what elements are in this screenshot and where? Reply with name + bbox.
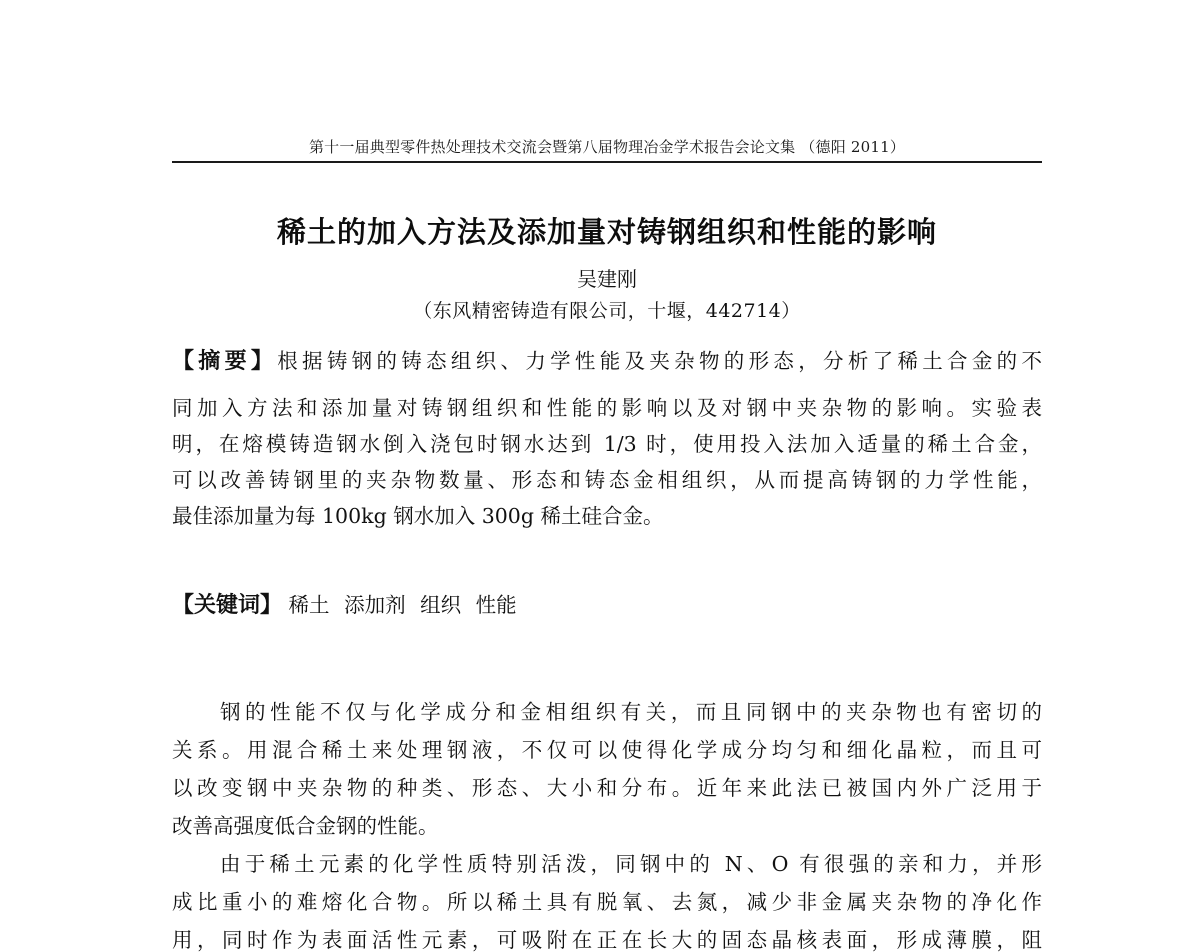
abstract-line: 【摘要】根据铸钢的铸态组织、力学性能及夹杂物的形态，分析了稀土合金的不 bbox=[172, 343, 1042, 380]
body-text: 钢的性能不仅与化学成分和金相组织有关，而且同钢中的夹杂物也有密切的 关系。用混合… bbox=[172, 693, 1042, 952]
header-rule bbox=[172, 161, 1042, 163]
abstract-line: 可以改善铸钢里的夹杂物数量、形态和铸态金相组织，从而提高铸钢的力学性能， bbox=[172, 462, 1042, 498]
paragraph-line: 由于稀土元素的化学性质特别活泼，同钢中的 N、O 有很强的亲和力，并形 bbox=[172, 845, 1042, 883]
keywords-section: 【关键词】 稀土 添加剂 组织 性能 bbox=[172, 588, 525, 619]
paragraph-line: 以改变钢中夹杂物的种类、形态、大小和分布。近年来此法已被国内外广泛用于 bbox=[172, 769, 1042, 807]
paragraph: 由于稀土元素的化学性质特别活泼，同钢中的 N、O 有很强的亲和力，并形 成比重小… bbox=[172, 845, 1042, 952]
abstract-line: 同加入方法和添加量对铸钢组织和性能的影响以及对钢中夹杂物的影响。实验表 bbox=[172, 390, 1042, 426]
paragraph: 钢的性能不仅与化学成分和金相组织有关，而且同钢中的夹杂物也有密切的 关系。用混合… bbox=[172, 693, 1042, 845]
abstract-line: 最佳添加量为每 100kg 钢水加入 300g 稀土硅合金。 bbox=[172, 498, 1042, 534]
author-affiliation: （东风精密铸造有限公司，十堰，442714） bbox=[172, 296, 1042, 323]
paper-title: 稀土的加入方法及添加量对铸钢组织和性能的影响 bbox=[172, 210, 1042, 251]
paragraph-line: 钢的性能不仅与化学成分和金相组织有关，而且同钢中的夹杂物也有密切的 bbox=[172, 693, 1042, 731]
author-name: 吴建刚 bbox=[172, 263, 1042, 292]
keyword: 组织 bbox=[420, 593, 461, 617]
abstract-line: 明，在熔模铸造钢水倒入浇包时钢水达到 1/3 时，使用投入法加入适量的稀土合金， bbox=[172, 426, 1042, 462]
abstract-section: 【摘要】根据铸钢的铸态组织、力学性能及夹杂物的形态，分析了稀土合金的不 同加入方… bbox=[172, 343, 1042, 534]
keyword: 添加剂 bbox=[344, 593, 406, 617]
running-header: 第十一届典型零件热处理技术交流会暨第八届物理冶金学术报告会论文集 （德阳 201… bbox=[172, 136, 1042, 157]
abstract-text: 根据铸钢的铸态组织、力学性能及夹杂物的形态，分析了稀土合金的不 bbox=[277, 349, 1042, 373]
paragraph-line: 用，同时作为表面活性元素，可吸附在正在长大的固态晶核表面，形成薄膜，阻 bbox=[172, 921, 1042, 952]
keywords-label: 【关键词】 bbox=[172, 593, 282, 618]
paragraph-line: 关系。用混合稀土来处理钢液，不仅可以使得化学成分均匀和细化晶粒，而且可 bbox=[172, 731, 1042, 769]
abstract-label: 【摘要】 bbox=[172, 349, 277, 374]
paragraph-line: 改善高强度低合金钢的性能。 bbox=[172, 807, 1042, 845]
paragraph-line: 成比重小的难熔化合物。所以稀土具有脱氧、去氮，减少非金属夹杂物的净化作 bbox=[172, 883, 1042, 921]
keyword: 性能 bbox=[476, 593, 517, 617]
keyword: 稀土 bbox=[289, 593, 330, 617]
document-page: 第十一届典型零件热处理技术交流会暨第八届物理冶金学术报告会论文集 （德阳 201… bbox=[0, 0, 1200, 952]
